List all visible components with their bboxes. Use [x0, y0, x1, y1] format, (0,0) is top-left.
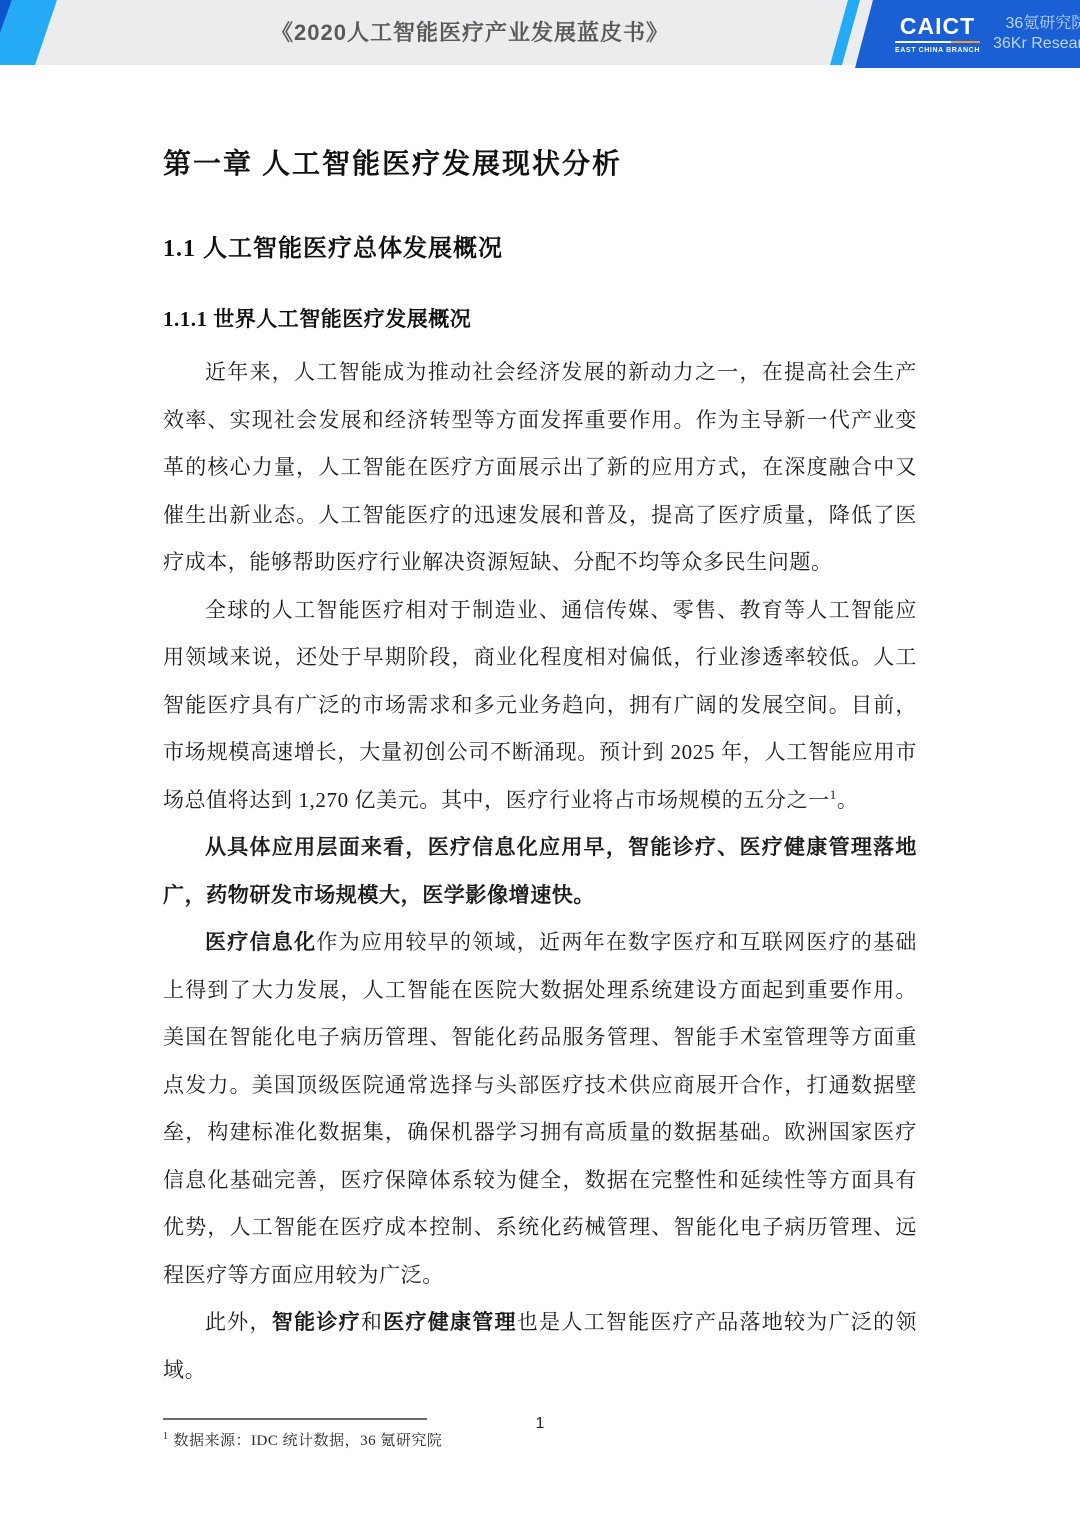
paragraphs: 近年来，人工智能成为推动社会经济发展的新动力之一，在提高社会生产效率、实现社会发… [163, 349, 917, 1394]
publisher-name: 36氪研究院 36Kr Research [993, 14, 1080, 54]
bold-text-run: 医疗信息化 [205, 930, 316, 954]
document-body: 第一章 人工智能医疗发展现状分析 1.1 人工智能医疗总体发展概况 1.1.1 … [0, 142, 1080, 1450]
bold-text-run: 从具体应用层面来看，医疗信息化应用早，智能诊疗、医疗健康管理落地广，药物研发市场… [163, 835, 917, 907]
chapter-title: 第一章 人工智能医疗发展现状分析 [163, 142, 917, 182]
caict-logo-subtitle: EAST CHINA BRANCH [895, 47, 980, 54]
paragraph: 此外，智能诊疗和医疗健康管理也是人工智能医疗产品落地较为广泛的领域。 [163, 1299, 917, 1394]
text-run: 全球的人工智能医疗相对于制造业、通信传媒、零售、教育等人工智能应用领域来说，还处… [163, 598, 917, 812]
footnote-reference: 1 [830, 787, 837, 802]
page-footer: 1 [0, 1415, 1080, 1433]
paragraph: 医疗信息化作为应用较早的领域，近两年在数字医疗和互联网医疗的基础上得到了大力发展… [163, 919, 917, 1299]
footnote-body: 数据来源：IDC 统计数据，36 氪研究院 [174, 1433, 443, 1449]
header-logo-box: CAICT EAST CHINA BRANCH 36氪研究院 36Kr Rese… [855, 0, 1080, 68]
bold-text-run: 智能诊疗 [272, 1310, 361, 1334]
page-header: 《2020人工智能医疗产业发展蓝皮书》 CAICT EAST CHINA BRA… [0, 0, 1080, 68]
publisher-name-en: 36Kr Research [993, 34, 1080, 54]
paragraph: 从具体应用层面来看，医疗信息化应用早，智能诊疗、医疗健康管理落地广，药物研发市场… [163, 824, 917, 919]
text-run: 近年来，人工智能成为推动社会经济发展的新动力之一，在提高社会生产效率、实现社会发… [163, 360, 917, 574]
caict-logo-underline-orange [951, 41, 980, 43]
header-title: 《2020人工智能医疗产业发展蓝皮书》 [0, 0, 940, 65]
paragraph: 近年来，人工智能成为推动社会经济发展的新动力之一，在提高社会生产效率、实现社会发… [163, 349, 917, 587]
page: 《2020人工智能医疗产业发展蓝皮书》 CAICT EAST CHINA BRA… [0, 0, 1080, 1450]
publisher-name-cn: 36氪研究院 [993, 14, 1080, 34]
caict-logo-underline [895, 41, 980, 43]
text-run: 和 [361, 1310, 383, 1334]
subsection-title: 1.1.1 世界人工智能医疗发展概况 [163, 303, 917, 333]
section-title: 1.1 人工智能医疗总体发展概况 [163, 228, 917, 263]
text-run: 此外， [205, 1310, 272, 1334]
text-run: 。 [837, 788, 859, 812]
bold-text-run: 医疗健康管理 [383, 1310, 517, 1334]
caict-logo-text: CAICT [895, 15, 980, 38]
paragraph: 全球的人工智能医疗相对于制造业、通信传媒、零售、教育等人工智能应用领域来说，还处… [163, 587, 917, 825]
caict-logo: CAICT EAST CHINA BRANCH [895, 15, 980, 54]
page-number: 1 [536, 1415, 545, 1432]
text-run: 作为应用较早的领域，近两年在数字医疗和互联网医疗的基础上得到了大力发展，人工智能… [163, 930, 917, 1287]
